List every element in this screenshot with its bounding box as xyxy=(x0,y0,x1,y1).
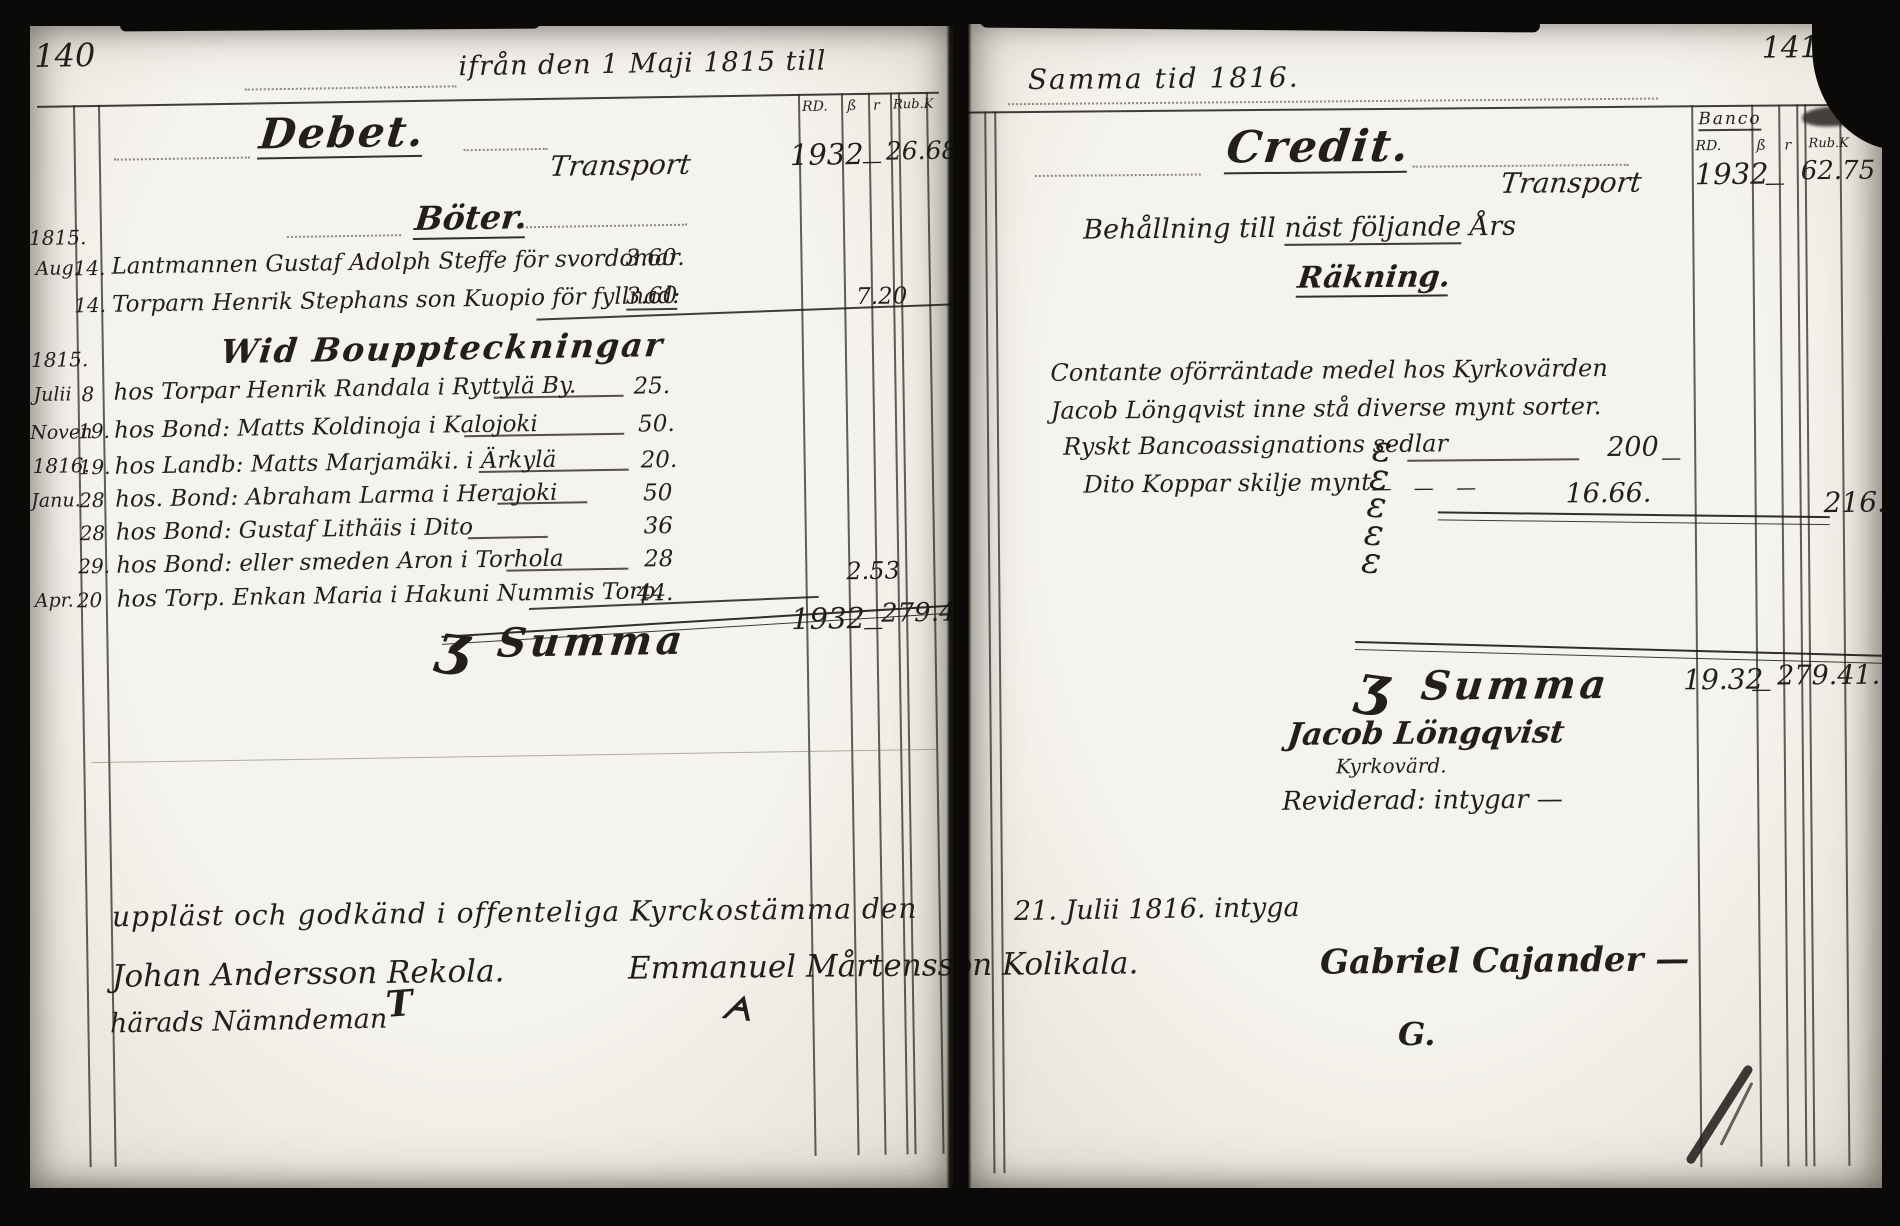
ledger-scan: 140 ifrån den 1 Maji 1815 till RD. ß r R… xyxy=(0,0,1900,1226)
body-line: Jacob Löngqvist inne stå diverse mynt so… xyxy=(1051,394,1602,424)
ledger-title: Credit. xyxy=(1224,124,1413,175)
entry-amount: 3.60 xyxy=(626,284,678,311)
revision-note: Reviderad: intygar — xyxy=(1282,786,1563,816)
entry-text: hos Bond: eller smeden Aron i Torhola xyxy=(116,547,564,578)
entry-month: Janu. xyxy=(31,491,81,512)
summa-flourish: ʒ xyxy=(1354,654,1393,716)
dotted-leader xyxy=(519,224,687,229)
summa-rubel: 279.41. xyxy=(1777,662,1880,691)
body-line: Contante oförräntade medel hos Kyrkovärd… xyxy=(1050,356,1607,386)
attestation-line-left: uppläst och godkänd i offenteliga Kyrcko… xyxy=(112,894,918,932)
margin-year: 1815. xyxy=(31,349,89,371)
entry-text: Dito Koppar skilje mynt. xyxy=(1083,470,1378,498)
ledger-title: Debet. xyxy=(257,110,427,160)
entry-text: hos. Bond: Abraham Larma i Herajoki xyxy=(115,481,558,512)
summa-label: Summa xyxy=(1419,664,1612,708)
entry-amount: 28 xyxy=(644,547,674,572)
period-header: ifrån den 1 Maji 1815 till xyxy=(458,48,826,82)
right-page: 141. Samma tid 1816. Banco RD. ß r Rub.K… xyxy=(968,20,1882,1188)
column-header-skilling: ß xyxy=(847,99,857,114)
summa-label: Summa xyxy=(495,620,688,665)
entry-day: 19. xyxy=(79,457,111,478)
column-header-riksdaler: RD. xyxy=(1695,139,1721,154)
vertical-rule xyxy=(984,111,995,1173)
balance-heading-line2: Räkning. xyxy=(1296,261,1452,297)
entry-text: hos Torpar Henrik Randala i Ryttylä By. xyxy=(113,373,576,404)
signature-witness-1-title: härads Nämndeman xyxy=(110,1006,388,1039)
transport-riksdaler: 1932 xyxy=(790,139,864,171)
scan-border-right xyxy=(1882,0,1900,1226)
dotted-leader xyxy=(1035,174,1201,177)
vertical-rule xyxy=(1839,104,1850,1166)
signature-witness-2: Emmanuel Mårtensson Kolikala. xyxy=(628,947,1139,985)
entry-day: 14. xyxy=(74,295,106,316)
summa-riksdaler: 1932 xyxy=(791,603,865,635)
transport-rubel: 62.75 xyxy=(1801,158,1876,186)
signature-witness-1: Johan Andersson Rekola. xyxy=(112,955,505,993)
column-header-riksdaler: RD. xyxy=(802,99,828,114)
entry-day: 29. xyxy=(78,556,110,577)
dotted-leader xyxy=(114,157,250,161)
dash-leader xyxy=(1407,458,1579,461)
dotted-leader xyxy=(287,234,401,238)
transport-riksdaler: 1932 xyxy=(1695,159,1769,190)
signature-witness-3: Gabriel Cajander — xyxy=(1320,942,1690,981)
bomarke-mark-1: T xyxy=(385,985,414,1025)
attestation-line-right: 21. Julii 1816. intyga xyxy=(1014,894,1300,926)
entry-amount: 16.66. xyxy=(1565,480,1651,509)
section-heading-boupp: Wid Bouppteckningar xyxy=(219,328,666,370)
vertical-rule xyxy=(994,111,1005,1173)
entry-amount: 20. xyxy=(640,448,677,473)
entry-day: 20 xyxy=(77,590,103,611)
entry-day: 19. xyxy=(78,421,110,442)
margin-year: 1815. xyxy=(29,227,87,249)
dotted-leader xyxy=(464,148,548,151)
entry-amount: 3.60 xyxy=(625,246,677,271)
entry-text: hos Landb: Matts Marjamäki. i Ärkylä xyxy=(114,448,556,479)
dotted-leader xyxy=(1008,98,1658,106)
entry-day: 28 xyxy=(79,490,105,511)
entry-month: Julii xyxy=(33,385,71,406)
entry-month: Apr. xyxy=(35,591,74,612)
section-heading-boter: Böter. xyxy=(413,200,529,239)
column-header-rubel: Rub.K xyxy=(893,98,934,112)
carry-rule xyxy=(1438,511,1830,525)
summa-dash: — xyxy=(1751,679,1771,700)
dotted-leader xyxy=(245,85,457,90)
balance-pre: Behållning till xyxy=(1083,213,1284,246)
entry-text: Lantmannen Gustaf Adolph Steffe för svor… xyxy=(111,246,684,279)
gutter-shadow xyxy=(948,16,970,1196)
vertical-rule xyxy=(1804,104,1815,1166)
entry-day: 14. xyxy=(73,258,105,279)
transport-label: Transport xyxy=(548,150,692,182)
vertical-rule xyxy=(1691,105,1702,1167)
entry-amount: 50 xyxy=(643,481,673,506)
signature-title: Kyrkovärd. xyxy=(1336,755,1447,777)
column-header-rubel: Rub.K xyxy=(1808,137,1848,151)
dash-leader xyxy=(468,536,548,539)
period-header: Samma tid 1816. xyxy=(1028,63,1300,95)
transport-dash: — xyxy=(862,151,882,172)
transport-rubel: 26.68 xyxy=(886,137,958,164)
vertical-rule xyxy=(1751,105,1762,1167)
entry-dash: — xyxy=(1661,447,1681,468)
entry-amount: 50. xyxy=(638,412,675,437)
vertical-rule xyxy=(1778,104,1789,1166)
entry-text: hos Bond: Matts Koldinoja i Kalojoki xyxy=(114,412,538,443)
column-header-runstycken: r xyxy=(1784,138,1791,153)
entry-amount: 200 xyxy=(1607,434,1659,463)
bomarke-mark-2: ᗅ xyxy=(720,991,753,1028)
transport-dash: — xyxy=(1765,172,1785,193)
column-header-runstycken: r xyxy=(873,99,880,114)
summa-flourish: ʒ xyxy=(434,614,473,676)
scan-border-left xyxy=(0,0,30,1226)
bomarke-mark-3: G. xyxy=(1398,1018,1435,1052)
balance-heading-line1: Behållning till näst följande Års xyxy=(1083,213,1516,245)
entry-text: hos Bond: Gustaf Lithäis i Dito xyxy=(116,515,474,545)
balance-post: Års xyxy=(1461,211,1516,242)
ink-stroke xyxy=(1685,1064,1754,1166)
balance-underlined: näst följande xyxy=(1284,211,1461,246)
entry-day: 28 xyxy=(80,523,106,544)
column-header-skilling: ß xyxy=(1756,139,1765,154)
entry-text: Torparn Henrik Stephans son Kuopio för f… xyxy=(112,284,680,317)
column-header-banco: Banco xyxy=(1698,111,1762,131)
entry-amount: 36 xyxy=(643,514,673,539)
signature-name: Jacob Löngqvist xyxy=(1286,716,1566,751)
subtotal: 2.53 xyxy=(846,558,900,584)
page-number: 140 xyxy=(34,39,96,74)
entry-day: 8 xyxy=(81,384,94,405)
transport-label: Transport xyxy=(1499,168,1643,199)
entry-amount: 25. xyxy=(633,374,670,399)
